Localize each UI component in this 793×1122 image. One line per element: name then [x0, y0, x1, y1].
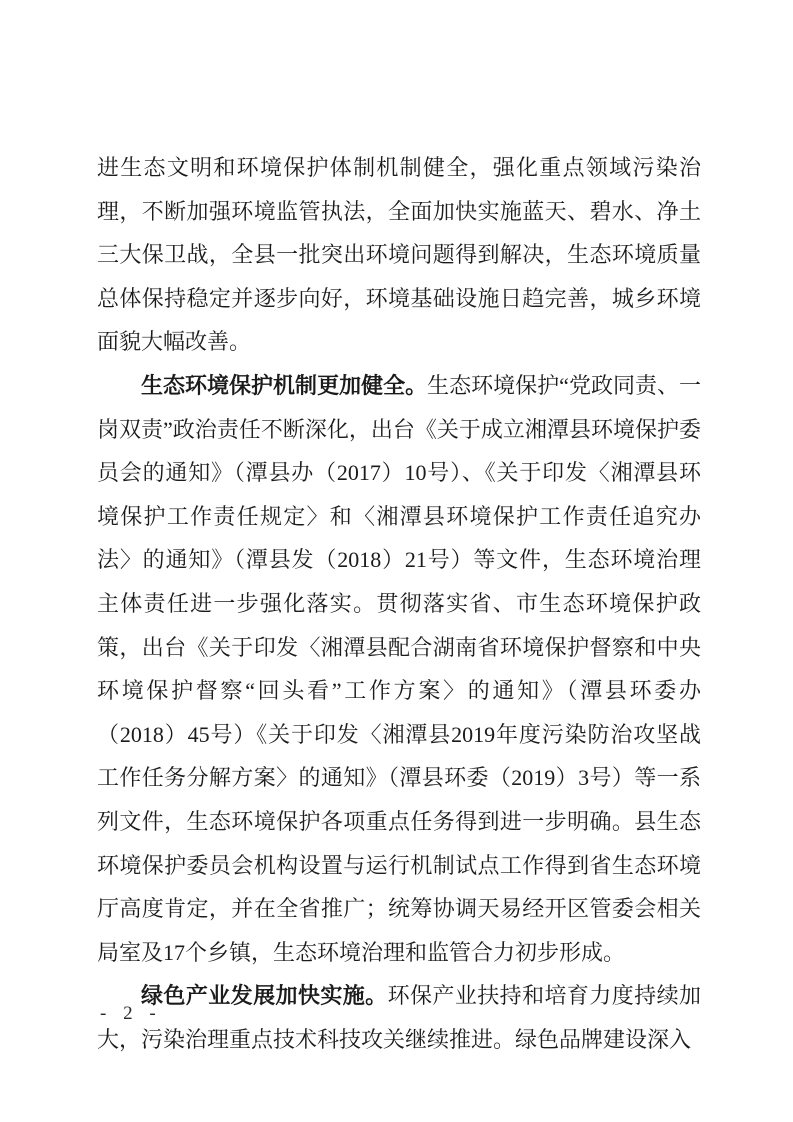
page-number: - 2 - [100, 1003, 162, 1025]
document-page: 进生态文明和环境保护体制机制健全，强化重点领域污染治理，不断加强环境监管执法，全… [0, 0, 793, 1122]
paragraph-text: 进生态文明和环境保护体制机制健全，强化重点领域污染治理，不断加强环境监管执法，全… [97, 155, 701, 354]
body-paragraph: 进生态文明和环境保护体制机制健全，强化重点领域污染治理，不断加强环境监管执法，全… [97, 146, 701, 364]
paragraph-lead: 生态环境保护机制更加健全。 [141, 373, 427, 398]
paragraph-text: 生态环境保护“党政同责、一岗双责”政治责任不断深化，出台《关于成立湘潭县环境保护… [97, 373, 701, 965]
document-body: 进生态文明和环境保护体制机制健全，强化重点领域污染治理，不断加强环境监管执法，全… [97, 146, 701, 1061]
paragraph-lead: 绿色产业发展加快实施。 [141, 983, 388, 1008]
body-paragraph: 生态环境保护机制更加健全。生态环境保护“党政同责、一岗双责”政治责任不断深化，出… [97, 364, 701, 974]
body-paragraph: 绿色产业发展加快实施。环保产业扶持和培育力度持续加大，污染治理重点技术科技攻关继… [97, 974, 701, 1061]
